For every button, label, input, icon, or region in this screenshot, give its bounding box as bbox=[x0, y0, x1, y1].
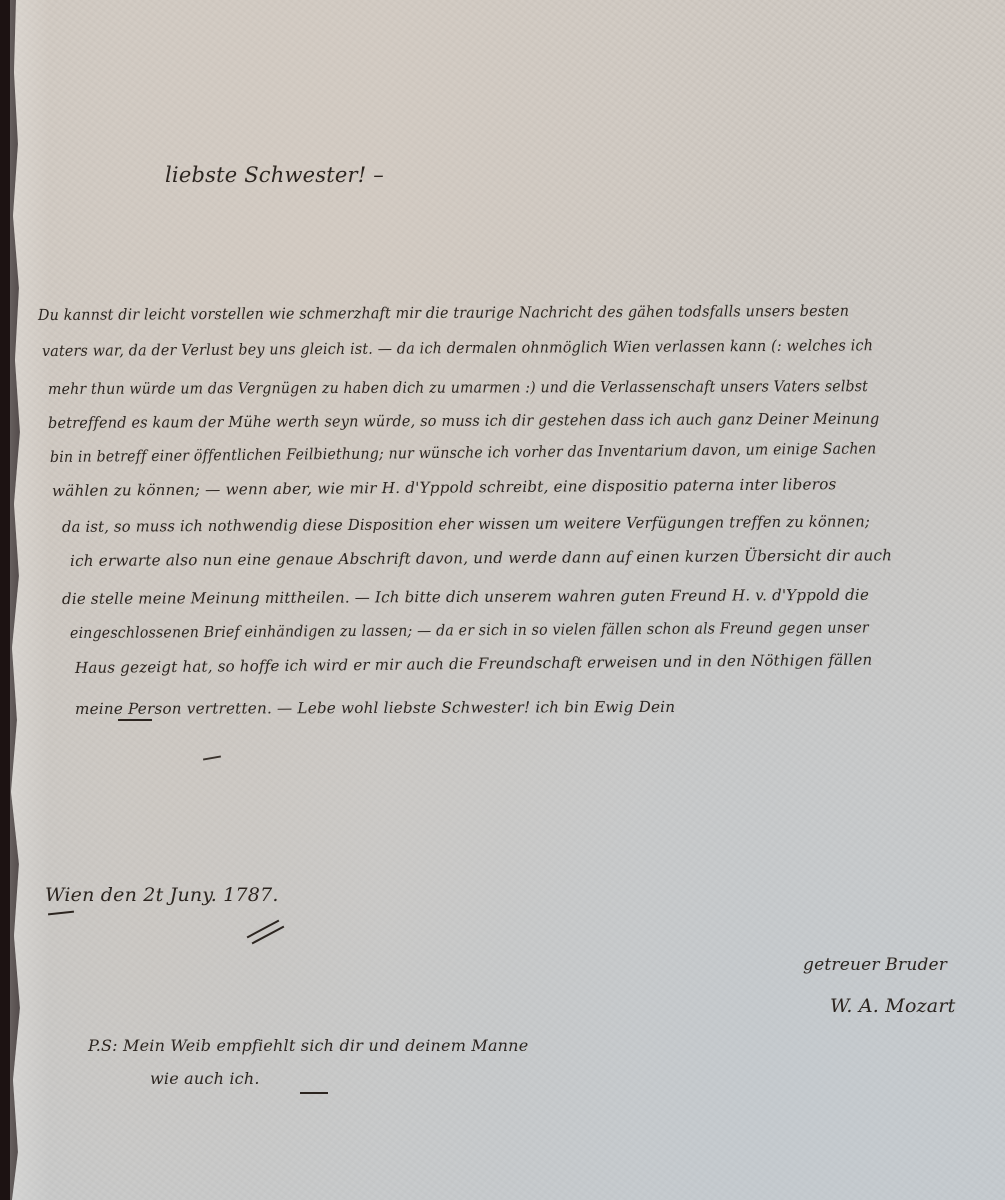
postscript-line-2: wie auch ich. bbox=[150, 1069, 260, 1088]
body-line-3: mehr thun würde um das Vergnügen zu habe… bbox=[48, 377, 868, 398]
underline-mark bbox=[118, 719, 152, 721]
letter-date: Wien den 2t Juny. 1787. bbox=[45, 884, 279, 906]
signature: W. A. Mozart bbox=[830, 995, 955, 1017]
closing-phrase: getreuer Bruder bbox=[803, 955, 947, 975]
body-line-12: meine Person vertretten. — Lebe wohl lie… bbox=[75, 698, 675, 718]
letter-salutation: liebste Schwester! – bbox=[165, 163, 384, 187]
postscript-underline bbox=[300, 1092, 328, 1094]
postscript-line-1: P.S: Mein Weib empfiehlt sich dir und de… bbox=[88, 1036, 528, 1055]
